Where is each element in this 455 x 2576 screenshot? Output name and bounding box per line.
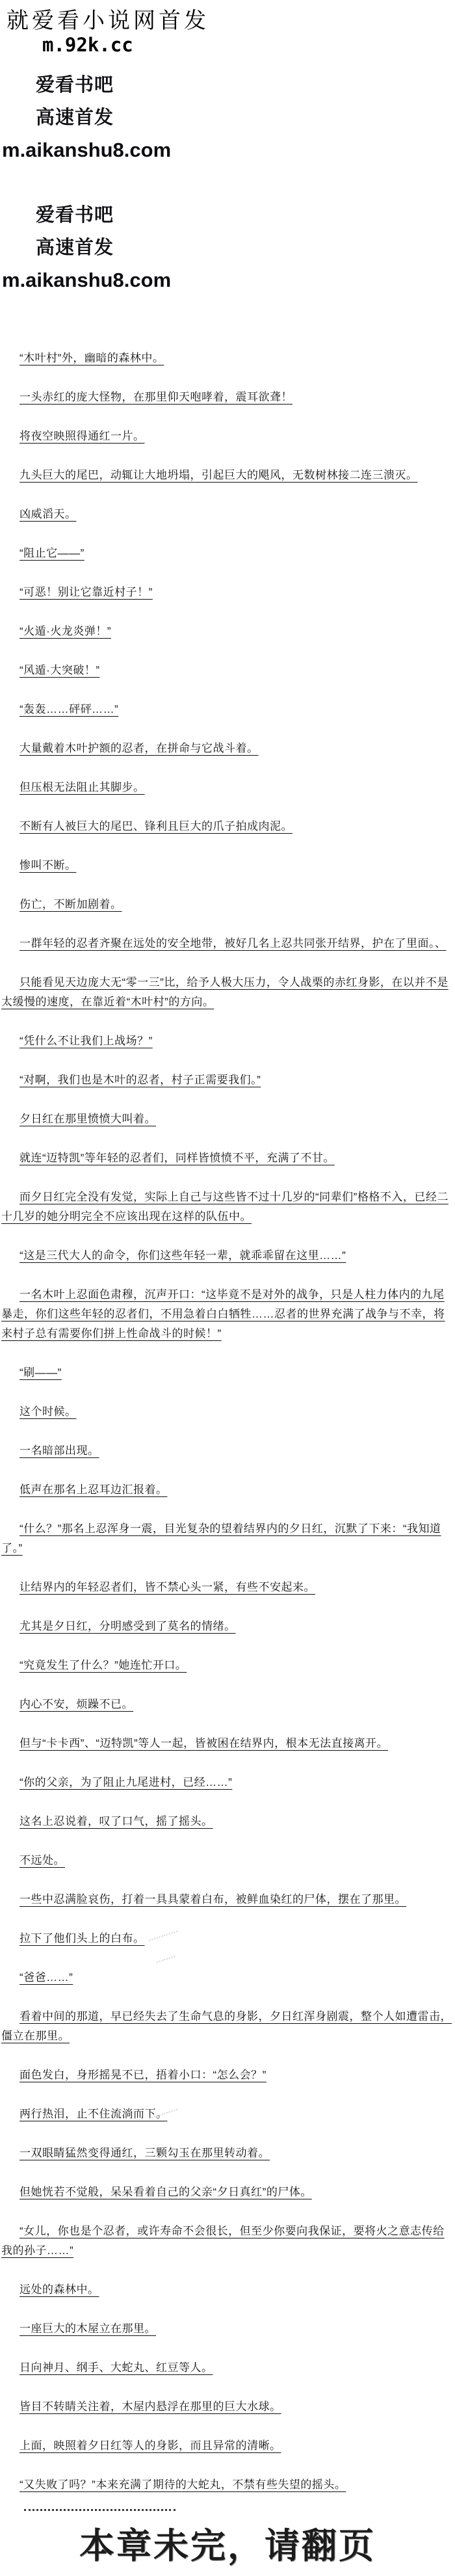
paragraph: 尤其是夕日红，分明感受到了莫名的情绪。 (1, 1617, 454, 1636)
paragraph: “可恶！别让它靠近村子！” (1, 583, 454, 602)
paragraph: “这是三代大人的命令，你们这些年轻一辈，就乖乖留在这里……” (1, 1246, 454, 1266)
promo-tagline: 高速首发 (0, 101, 455, 134)
promo-url: m.aikanshu8.com (0, 264, 455, 297)
paragraph: 看着中间的那道，早已经失去了生命气息的身影，夕日红浑身剧震，整个人如遭雷击，僵立… (1, 2007, 454, 2046)
paragraph: “你的父亲，为了阻止九尾进村，已经……” (1, 1773, 454, 1792)
paragraph: “又失败了吗？”本来充满了期待的大蛇丸，不禁有些失望的摇头。 (1, 2475, 454, 2495)
paragraph: 远处的森林中。 (1, 2280, 454, 2300)
paragraph: 皆目不转睛关注着，木屋内悬浮在那里的巨大水球。 (1, 2397, 454, 2417)
paragraph: 两行热泪，止不住流淌而下。 (1, 2105, 454, 2124)
paragraph: 九头巨大的尾巴，动辄让大地坍塌，引起巨大的飓风，无数树林接二连三溃灭。 (1, 466, 454, 485)
paragraph: 凶威滔天。 (1, 505, 454, 524)
paragraph: “爸爸……” (1, 1968, 454, 1987)
paragraph: 一名暗部出现。 (1, 1441, 454, 1461)
paragraph: 将夜空映照得通红一片。 (1, 427, 454, 446)
top-watermark: 就爱看小说网首发 m.92k.cc (0, 0, 455, 56)
promo-block: 爱看书吧 高速首发 m.aikanshu8.com (0, 199, 455, 297)
promo-tagline: 高速首发 (0, 232, 455, 264)
paragraph: “阻止它——” (1, 544, 454, 563)
paragraph: “凭什么不让我们上战场？” (1, 1031, 454, 1051)
paragraph: 一群年轻的忍者齐聚在远处的安全地带，被好几名上忍共同张开结界，护在了里面。、 (1, 934, 454, 953)
promo-url: m.aikanshu8.com (0, 134, 455, 166)
paragraph: “刷——” (1, 1363, 454, 1383)
paragraph: 但她恍若不觉般，呆呆看着自己的父亲“夕日真红”的尸体。 (1, 2183, 454, 2202)
watermark-site-url: m.92k.cc (42, 34, 455, 56)
promo-block: 爱看书吧 高速首发 m.aikanshu8.com (0, 69, 455, 166)
paragraph: “火遁·火龙炎弹！” (1, 622, 454, 641)
paragraph: 伤亡，不断加剧着。 (1, 895, 454, 914)
paragraph: 低声在那名上忍耳边汇报着。 (1, 1480, 454, 1500)
paragraph: 但压根无法阻止其脚步。 (1, 778, 454, 797)
paragraph: 而夕日红完全没有发觉，实际上自己与这些皆不过十几岁的“同辈们”格格不入，已经二十… (1, 1188, 454, 1227)
paragraph: “女儿，你也是个忍者，或许寿命不会很长，但至少你要向我保证，要将火之意志传给我的… (1, 2222, 454, 2261)
paragraph: 一双眼睛猛然变得通红，三颗勾玉在那里转动着。 (1, 2144, 454, 2163)
paragraph: 一座巨大的木屋立在那里。 (1, 2319, 454, 2339)
paragraph: 不断有人被巨大的尾巴、锋利且巨大的爪子拍成肉泥。 (1, 817, 454, 836)
paragraph: 这个时候。 (1, 1402, 454, 1422)
paragraph: 大量戴着木叶护额的忍者，在拼命与它战斗着。 (1, 739, 454, 758)
paragraph: 惨叫不断。 (1, 856, 454, 875)
paragraph: 夕日红在那里愤愤大叫着。 (1, 1109, 454, 1129)
paragraph: 日向神月、纲手、大蛇丸、红豆等人。 (1, 2358, 454, 2378)
paragraph: “究竟发生了什么？”她连忙开口。 (1, 1656, 454, 1675)
paragraph: 面色发白，身形摇晃不已，捂着小口：“怎么会？” (1, 2065, 454, 2085)
paragraph: 拉下了他们头上的白布。 (1, 1929, 454, 1948)
paragraph: “轰轰……砰砰……” (1, 700, 454, 719)
novel-reader-page: 就爱看小说网首发 m.92k.cc 爱看书吧 高速首发 m.aikanshu8.… (0, 0, 455, 2576)
paragraph: 一些中忍满脸哀伤，打着一具具蒙着白布，被鲜血染红的尸体，摆在了那里。 (1, 1890, 454, 1909)
paragraph: 让结界内的年轻忍者们，皆不禁心头一紧，有些不安起来。 (1, 1578, 454, 1597)
paragraph: “对啊，我们也是木叶的忍者，村子正需要我们。” (1, 1070, 454, 1090)
paragraph: 上面，映照着夕日红等人的身影，而且异常的清晰。 (1, 2436, 454, 2456)
paragraph: 一名木叶上忍面色肃穆，沉声开口：“这毕竟不是对外的战争，只是人柱力体内的九尾暴走… (1, 1285, 454, 1344)
paragraph: 只能看见天边庞大无“零一三”比，给予人极大压力，令人战栗的赤红身影，在以并不是太… (1, 973, 454, 1012)
paragraph: “风遁·大突破！” (1, 661, 454, 680)
paragraph: 就连“迈特凯”等年轻的忍者们，同样皆愤愤不平，充满了不甘。 (1, 1149, 454, 1168)
paragraph: 一头赤红的庞大怪物，在那里仰天咆哮着，震耳欲聋！ (1, 388, 454, 407)
paragraph: “什么？”那名上忍浑身一震，目光复杂的望着结界内的夕日红，沉默了下来：“我知道了… (1, 1519, 454, 1558)
clipped-text-line (24, 2509, 175, 2511)
promo-site-name: 爱看书吧 (0, 199, 455, 232)
promo-site-name: 爱看书吧 (0, 69, 455, 101)
paragraph: 内心不安，烦躁不已。 (1, 1695, 454, 1714)
paragraph: 但与“卡卡西”、“迈特凯”等人一起，皆被困在结界内，根本无法直接离开。 (1, 1734, 454, 1753)
paragraph: “木叶村”外，幽暗的森林中。 (1, 349, 454, 368)
paragraph: 不远处。 (1, 1851, 454, 1870)
watermark-site-title: 就爱看小说网首发 (6, 8, 455, 34)
chapter-content: “木叶村”外，幽暗的森林中。一头赤红的庞大怪物，在那里仰天咆哮着，震耳欲聋！将夜… (0, 349, 455, 2495)
page-turn-notice: 本章未完，请翻页 (0, 2518, 455, 2568)
paragraph: 这名上忍说着，叹了口气，摇了摇头。 (1, 1812, 454, 1831)
